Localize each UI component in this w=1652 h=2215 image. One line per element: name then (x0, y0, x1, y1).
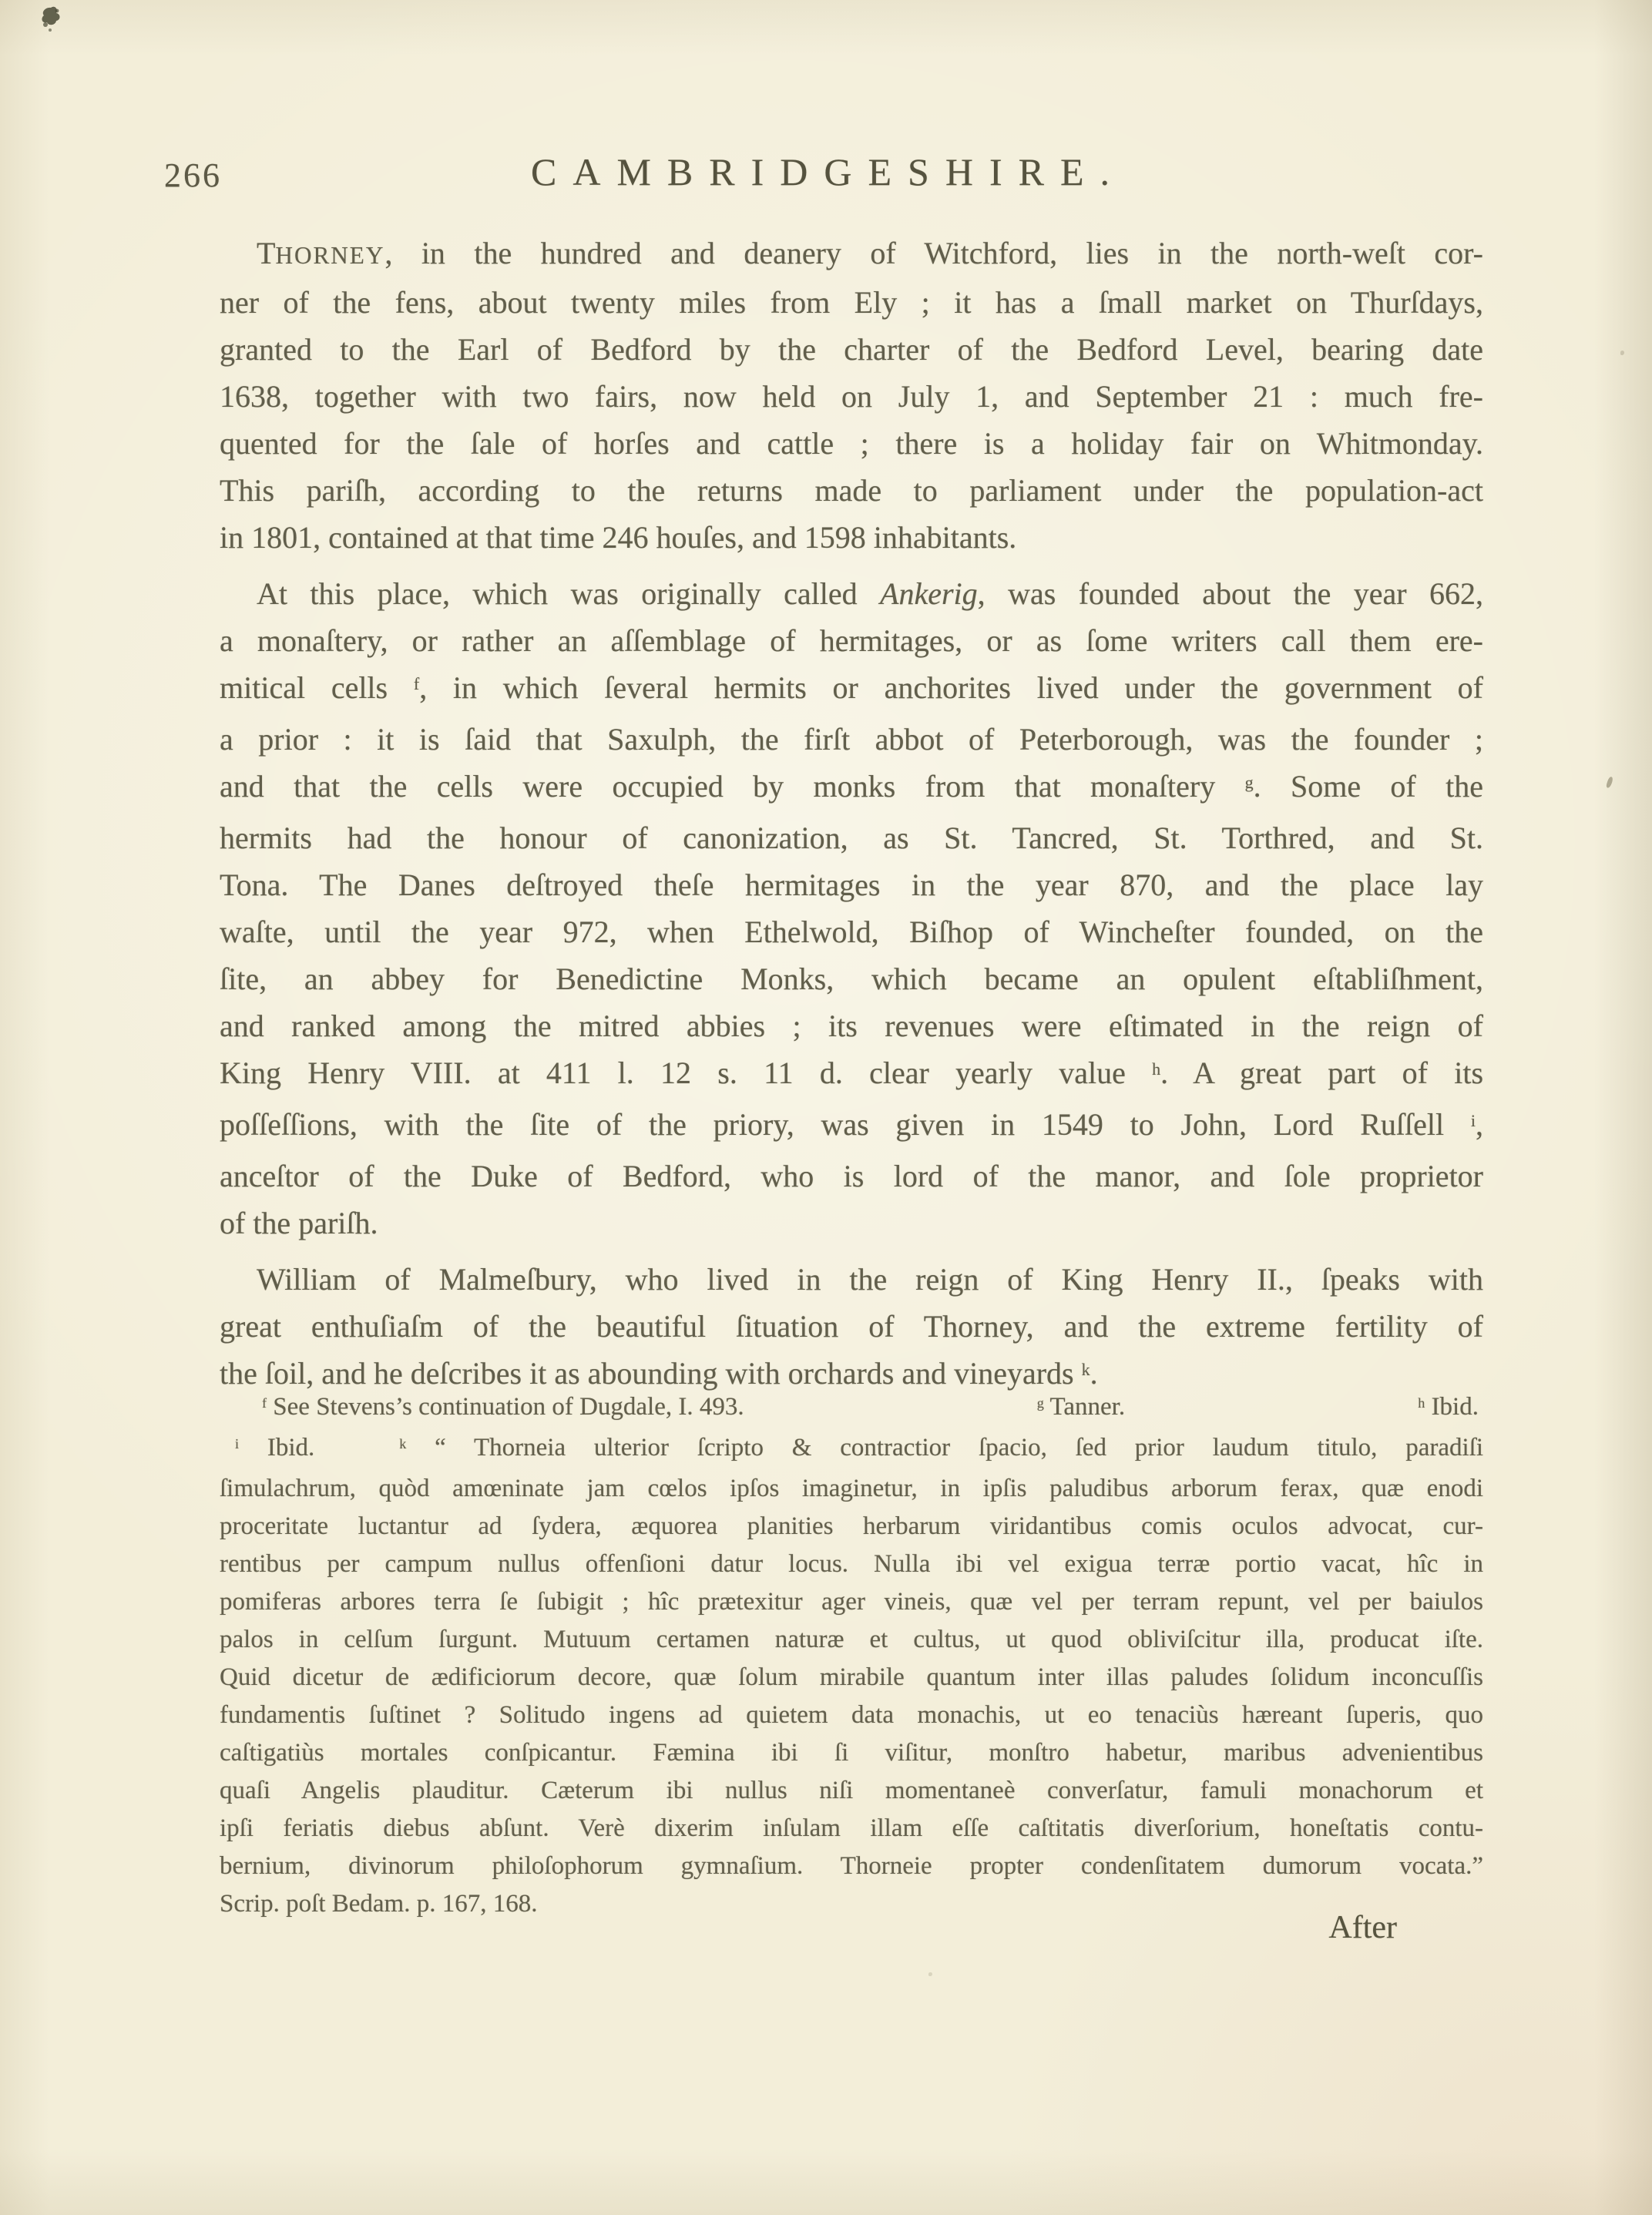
text-run: ner of the fens, about twenty miles from… (220, 285, 1483, 320)
text-line: ner of the fens, about twenty miles from… (220, 279, 1483, 326)
text-run: h (1418, 1395, 1425, 1411)
text-run: of the pariſh. (220, 1206, 378, 1240)
text-line: rentibus per campum nullus offenſioni da… (220, 1545, 1483, 1583)
text-run: quaſi Angelis plauditur. Cæterum ibi nul… (220, 1777, 1483, 1804)
text-run: bernium, divinorum philoſophorum gymnaſi… (220, 1852, 1483, 1880)
text-line: caſtigatiùs mortales conſpicantur. Fæmin… (220, 1734, 1483, 1772)
text-line: and that the cells were occupied by monk… (220, 763, 1483, 814)
footnote-segment: h Ibid. (1418, 1388, 1479, 1429)
text-line: a prior : it is ſaid that Saxulph, the f… (220, 716, 1483, 763)
text-run: ſite, an abbey for Benedictine Monks, wh… (220, 962, 1483, 996)
paragraph: THORNEY, in the hundred and deanery of W… (220, 230, 1483, 561)
text-line: Tona. The Danes deſtroyed theſe hermitag… (220, 861, 1483, 908)
text-run: great enthuſiaſm of the beautiful ſituat… (220, 1309, 1483, 1344)
text-line: Quid dicetur de ædificiorum decore, quæ … (220, 1659, 1483, 1696)
paragraph: William of Malmeſbury, who lived in the … (220, 1256, 1483, 1401)
text-run: At this place, which was originally call… (257, 576, 880, 611)
text-run: in 1801, contained at that time 246 houſ… (220, 520, 1016, 555)
catchword: After (220, 1909, 1483, 1946)
text-line: 1638, together with two fairs, now held … (220, 373, 1483, 420)
text-run: Tona. The Danes deſtroyed theſe hermitag… (220, 868, 1483, 902)
text-line: of the pariſh. (220, 1200, 1483, 1247)
text-run: Tanner. (1044, 1393, 1125, 1421)
text-line: THORNEY, in the hundred and deanery of W… (220, 230, 1483, 279)
text-line: ſite, an abbey for Benedictine Monks, wh… (220, 955, 1483, 1002)
paper-speck (1606, 776, 1613, 788)
text-run: , (1476, 1107, 1483, 1142)
footnote-segment: f See Stevens’s continuation of Dugdale,… (262, 1388, 744, 1429)
text-run: palos in celſum ſurgunt. Mutuum certamen… (220, 1626, 1483, 1653)
text-run: fundamentis ſuſtinet ? Solitudo ingens a… (220, 1701, 1483, 1729)
footnote-segment: g Tanner. (1037, 1388, 1125, 1429)
text-line: William of Malmeſbury, who lived in the … (220, 1256, 1483, 1303)
text-line: anceſtor of the Duke of Bedford, who is … (220, 1153, 1483, 1200)
text-run: f (414, 674, 419, 693)
text-line: quaſi Angelis plauditur. Cæterum ibi nul… (220, 1772, 1483, 1810)
text-run: proceritate luctantur ad ſydera, æquorea… (220, 1512, 1483, 1540)
text-run: This pariſh, according to the returns ma… (220, 473, 1483, 508)
text-line: King Henry VIII. at 411 l. 12 s. 11 d. c… (220, 1049, 1483, 1101)
text-run: HORNEY (275, 242, 384, 269)
text-run: i (235, 1436, 239, 1451)
text-run: pomiferas arbores terra ſe ſubigit ; hîc… (220, 1588, 1483, 1616)
text-line: ipſi feriatis diebus abſunt. Verè dixeri… (220, 1810, 1483, 1848)
text-line: fundamentis ſuſtinet ? Solitudo ingens a… (220, 1696, 1483, 1734)
text-line: f See Stevens’s continuation of Dugdale,… (220, 1388, 1483, 1429)
text-line: ſimulachrum, quòd amœninate jam cœlos ip… (220, 1470, 1483, 1508)
text-line: a monaſtery, or rather an aſſemblage of … (220, 617, 1483, 664)
text-run: Ibid. (239, 1434, 314, 1462)
paper-speck (1620, 351, 1624, 355)
running-title: CAMBRIDGESHIRE. (196, 149, 1460, 194)
text-line: granted to the Earl of Bedford by the ch… (220, 326, 1483, 373)
text-line: poſſeſſions, with the ſite of the priory… (220, 1101, 1483, 1153)
text-line: waſte, until the year 972, when Ethelwol… (220, 908, 1483, 955)
text-run: quented for the ſale of horſes and cattl… (220, 426, 1483, 461)
text-run: waſte, until the year 972, when Ethelwol… (220, 915, 1483, 949)
text-run: a prior : it is ſaid that Saxulph, the f… (220, 722, 1483, 757)
text-run: anceſtor of the Duke of Bedford, who is … (220, 1159, 1483, 1193)
text-run: granted to the Earl of Bedford by the ch… (220, 332, 1483, 367)
text-run: See Stevens’s continuation of Dugdale, I… (267, 1393, 744, 1421)
text-run: , in the hundred and deanery of Witchfor… (384, 236, 1483, 270)
text-run: ipſi feriatis diebus abſunt. Verè dixeri… (220, 1814, 1483, 1842)
text-line: At this place, which was originally call… (220, 570, 1483, 617)
text-line: pomiferas arbores terra ſe ſubigit ; hîc… (220, 1583, 1483, 1621)
book-page: 266 CAMBRIDGESHIRE. THORNEY, in the hund… (0, 0, 1652, 2215)
text-run: g (1245, 773, 1254, 792)
text-line: proceritate luctantur ad ſydera, æquorea… (220, 1508, 1483, 1545)
text-run: mitical cells (220, 670, 414, 705)
text-line: great enthuſiaſm of the beautiful ſituat… (220, 1303, 1483, 1350)
body-text: THORNEY, in the hundred and deanery of W… (220, 230, 1483, 1411)
text-run: , was founded about the year 662, (978, 576, 1483, 611)
ink-blot-mark (39, 5, 65, 35)
text-run: T (257, 236, 275, 270)
text-run: the ſoil, and he deſcribes it as aboundi… (220, 1356, 1082, 1391)
text-run: a monaſtery, or rather an aſſemblage of … (220, 623, 1483, 658)
text-run: and ranked among the mitred abbies ; its… (220, 1008, 1483, 1043)
text-line: palos in celſum ſurgunt. Mutuum certamen… (220, 1621, 1483, 1659)
text-run: i (1471, 1111, 1476, 1130)
text-run: k (399, 1436, 406, 1451)
text-run: h (1152, 1059, 1160, 1079)
text-run: . A great part of its (1160, 1055, 1483, 1090)
text-run: poſſeſſions, with the ſite of the priory… (220, 1107, 1471, 1142)
text-line: and ranked among the mitred abbies ; its… (220, 1002, 1483, 1049)
footnotes: f See Stevens’s continuation of Dugdale,… (220, 1388, 1483, 1923)
text-run: Quid dicetur de ædificiorum decore, quæ … (220, 1663, 1483, 1691)
text-line: hermits had the honour of canonization, … (220, 814, 1483, 861)
paper-speck (928, 1972, 932, 1976)
text-run: g (1037, 1395, 1044, 1411)
text-run: caſtigatiùs mortales conſpicantur. Fæmin… (220, 1739, 1483, 1767)
text-run: ſimulachrum, quòd amœninate jam cœlos ip… (220, 1475, 1483, 1502)
text-line: in 1801, contained at that time 246 houſ… (220, 514, 1483, 561)
text-run: and that the cells were occupied by monk… (220, 769, 1245, 804)
text-line: quented for the ſale of horſes and cattl… (220, 420, 1483, 467)
text-line: This pariſh, according to the returns ma… (220, 467, 1483, 514)
text-line: mitical cells f, in which ſeveral hermit… (220, 664, 1483, 716)
text-run: . (1090, 1356, 1098, 1391)
text-run: , in which ſeveral hermits or anchorites… (419, 670, 1483, 705)
text-run: Ankerig (880, 576, 978, 611)
paragraph: At this place, which was originally call… (220, 570, 1483, 1247)
text-run: rentibus per campum nullus offenſioni da… (220, 1550, 1483, 1578)
text-run: King Henry VIII. at 411 l. 12 s. 11 d. c… (220, 1055, 1152, 1090)
text-run: William of Malmeſbury, who lived in the … (257, 1262, 1483, 1297)
text-run: Ibid. (1425, 1393, 1479, 1421)
text-run: “ Thorneia ulterior ſcripto & contractio… (406, 1434, 1483, 1462)
text-run: f (262, 1395, 267, 1411)
text-run: . Some of the (1254, 769, 1483, 804)
text-line: bernium, divinorum philoſophorum gymnaſi… (220, 1848, 1483, 1885)
text-run: hermits had the honour of canonization, … (220, 821, 1483, 855)
running-head: 266 CAMBRIDGESHIRE. (220, 149, 1483, 199)
text-line: i Ibid.k “ Thorneia ulterior ſcripto & c… (220, 1429, 1483, 1470)
text-run: k (1082, 1360, 1090, 1379)
text-run: 1638, together with two fairs, now held … (220, 379, 1483, 414)
